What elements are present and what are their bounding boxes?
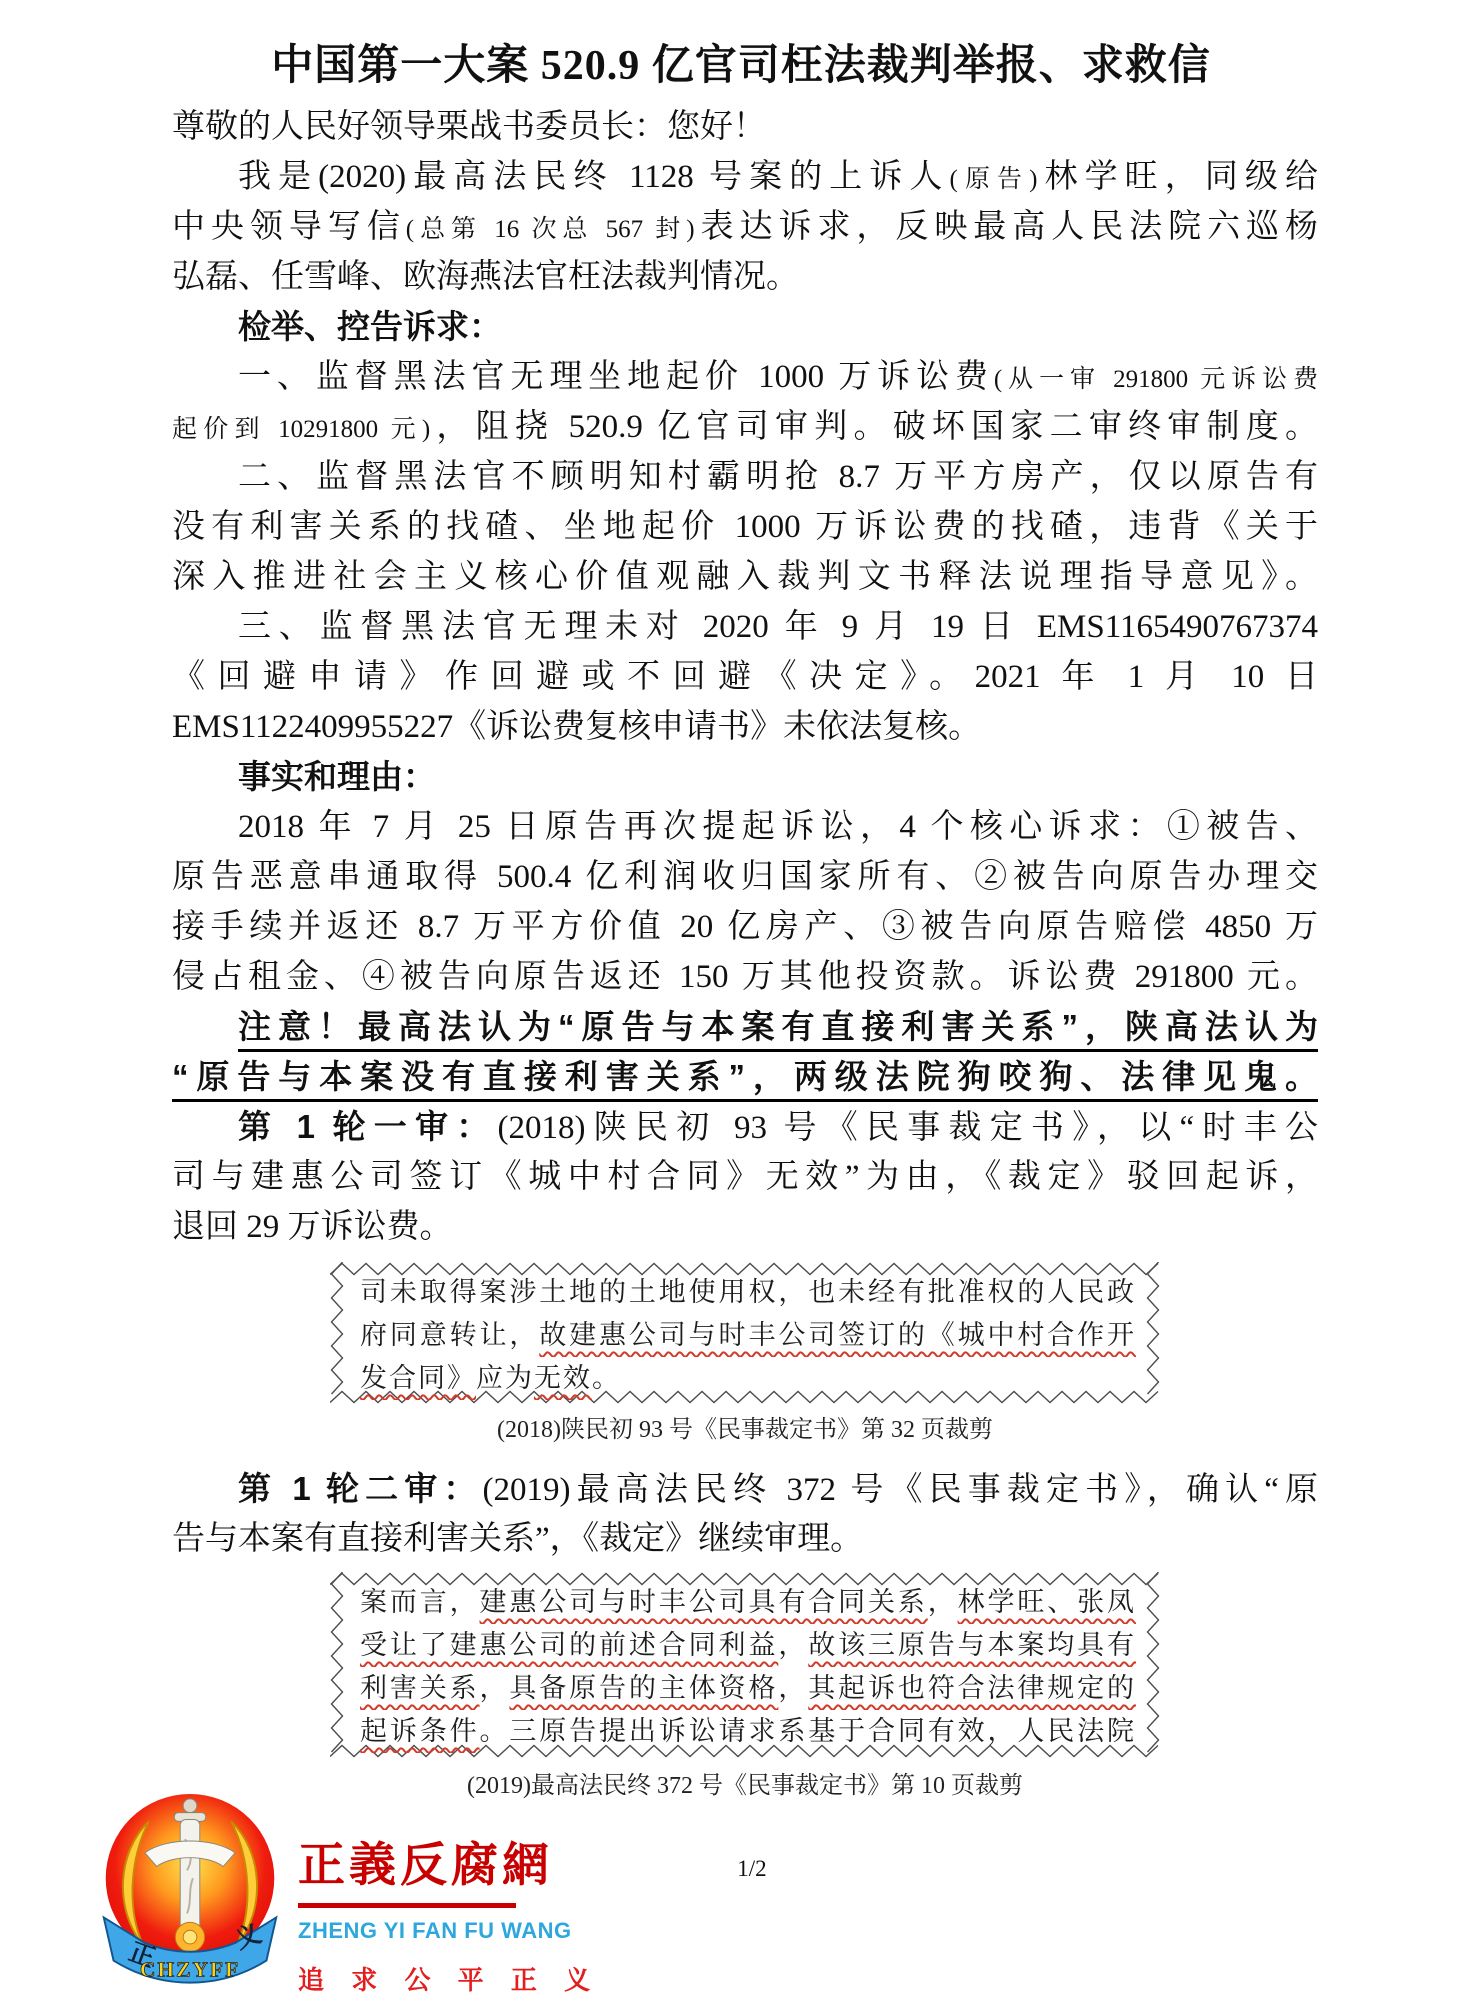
text-run: 三、监督黑法官无理未对 2020 年 9 月 19 日 EMS116549076… (238, 609, 1318, 645)
brand-slogan: 追 求 公 平 正 义 (298, 1960, 600, 1997)
wavy-run: 发合同》 (360, 1363, 476, 1393)
text-run: ， (778, 1673, 808, 1703)
judgment-excerpt-1: 司未取得案涉土地的土地使用权，也未经有批准权的人民政 府同意转让，故建惠公司与时… (330, 1262, 1160, 1404)
page-number: 1/2 (692, 1856, 812, 1882)
heading-run: 事实和理由： (238, 758, 436, 795)
excerpt-line: 发合同》应为无效。 (360, 1357, 1136, 1400)
body-line: 告与本案有直接利害关系”，《裁定》继续审理。 (172, 1514, 1318, 1564)
excerpt-line: 府同意转让，故建惠公司与时丰公司签订的《城中村合作开 (360, 1314, 1136, 1357)
excerpt-line: 司未取得案涉土地的土地使用权，也未经有批准权的人民政 (360, 1271, 1136, 1314)
excerpt-text: 案而言，建惠公司与时丰公司具有合同关系，林学旺、张凤英则 受让了建惠公司的前述合… (360, 1581, 1136, 1753)
text-run: 司与建惠公司签订《城中村合同》无效”为由，《裁定》驳回起诉， (172, 1159, 1318, 1195)
round-label: 第 1 轮一审： (238, 1108, 497, 1145)
text-run: 退回 29 万诉讼费。 (172, 1209, 453, 1245)
notice-line: 注意！最高法认为“原告与本案有直接利害关系”，陕高法认为 (172, 1002, 1318, 1052)
text-run: 应为 (476, 1363, 534, 1393)
text-run: 《回避申请》作回避或不回避《决定》。2021 年 1 月 10 日 (172, 659, 1318, 695)
flower-center (183, 1930, 197, 1944)
text-run: 林学旺，同级给 (1037, 159, 1318, 195)
body-line: 二、监督黑法官不顾明知村霸明抢 8.7 万平方房产，仅以原告有 (172, 452, 1318, 502)
brand-divider (298, 1903, 516, 1908)
text-run: 尊敬的人民好领导栗战书委员长：您好！ (172, 109, 766, 145)
body-line: 原告恶意串通取得 500.4 亿利润收归国家所有、②被告向原告办理交 (172, 852, 1318, 902)
text-run: 府同意转让， (360, 1320, 539, 1350)
body-line: 我是(2020)最高法民终 1128 号案的上诉人(原告)林学旺，同级给 (172, 152, 1318, 202)
body-line: 一、监督黑法官无理坐地起价 1000 万诉讼费(从一审 291800 元诉讼费 (172, 352, 1318, 402)
zigzag-border-right (1146, 1572, 1160, 1758)
text-run: EMS1122409955227《诉讼费复核申请书》未依法复核。 (172, 709, 981, 745)
excerpt-line: 利害关系，具备原告的主体资格，其起诉也符合法律规定的其他 (360, 1667, 1136, 1710)
text-run: 案而言， (360, 1587, 480, 1617)
round-label: 第 1 轮二审： (238, 1470, 483, 1507)
wavy-run: 无效 (534, 1363, 592, 1393)
body-line: 深入推进社会主义核心价值观融入裁判文书释法说理指导意见》。 (172, 552, 1318, 602)
text-run: 中央领导写信 (172, 209, 406, 245)
text-run: 告与本案有直接利害关系”，《裁定》继续审理。 (172, 1521, 863, 1557)
body-line: 第 1 轮一审：(2018)陕民初 93 号《民事裁定书》，以“时丰公 (172, 1102, 1318, 1152)
text-run: ， (928, 1587, 958, 1617)
zigzag-border-left (330, 1262, 344, 1404)
salutation-line: 尊敬的人民好领导栗战书委员长：您好！ (172, 102, 1318, 152)
excerpt-caption-2: (2019)最高法民终 372 号《民事裁定书》第 10 页裁剪 (330, 1768, 1160, 1804)
section-heading: 事实和理由： (172, 752, 1318, 802)
excerpt-caption-1: (2018)陕民初 93 号《民事裁定书》第 32 页裁剪 (330, 1412, 1160, 1448)
text-run: ， (480, 1673, 510, 1703)
text-run: 二、监督黑法官不顾明知村霸明抢 8.7 万平方房产，仅以原告有 (238, 459, 1318, 495)
text-run: ， (778, 1630, 808, 1660)
body-line: 起价到 10291800 元)，阻挠 520.9 亿官司审判。破坏国家二审终审制… (172, 402, 1318, 452)
judgment-excerpt-2: 案而言，建惠公司与时丰公司具有合同关系，林学旺、张凤英则 受让了建惠公司的前述合… (330, 1572, 1160, 1758)
wavy-run: 利害关系 (360, 1673, 480, 1703)
text-run: 表达诉求，反映最高人民法院六巡杨 (695, 209, 1318, 245)
text-run: (2019)最高法民终 372 号《民事裁定书》，确认“原 (483, 1472, 1318, 1508)
small-note: 起价到 10291800 元) (172, 416, 430, 443)
text-run: 司未取得案涉土地的土地使用权，也未经有批准权的人民政 (360, 1277, 1136, 1307)
text-run: 侵占租金、④被告向原告返还 150 万其他投资款。诉讼费 291800 元。 (172, 959, 1318, 995)
letter-body: 尊敬的人民好领导栗战书委员长：您好！ 我是(2020)最高法民终 1128 号案… (172, 102, 1318, 1252)
body-line: 没有利害关系的找碴、坐地起价 1000 万诉讼费的找碴，违背《关于 (172, 502, 1318, 552)
text-run: 深入推进社会主义核心价值观融入裁判文书释法说理指导意见》。 (172, 559, 1318, 595)
body-line: 司与建惠公司签订《城中村合同》无效”为由，《裁定》驳回起诉， (172, 1152, 1318, 1202)
body-line: 弘磊、任雪峰、欧海燕法官枉法裁判情况。 (172, 252, 1318, 302)
site-logo-emblem: 正 义 CHZYFF (92, 1788, 288, 1994)
banner-code: CHZYFF (140, 1957, 240, 1981)
excerpt-text: 司未取得案涉土地的土地使用权，也未经有批准权的人民政 府同意转让，故建惠公司与时… (360, 1271, 1136, 1400)
small-note: (从一审 291800 元诉讼费 (994, 366, 1318, 393)
small-note: (总第 16 次总 567 封) (406, 216, 695, 243)
text-run: 原告恶意串通取得 500.4 亿利润收归国家所有、②被告向原告办理交 (172, 859, 1318, 895)
wavy-run: 起诉条件 (360, 1716, 480, 1746)
body-line: 退回 29 万诉讼费。 (172, 1202, 1318, 1252)
wavy-run: 建惠公司与时丰公司具有合同关系 (480, 1587, 928, 1617)
text-run: 弘磊、任雪峰、欧海燕法官枉法裁判情况。 (172, 259, 799, 295)
heading-run: 检举、控告诉求： (238, 308, 502, 345)
body-line: 《回避申请》作回避或不回避《决定》。2021 年 1 月 10 日 (172, 652, 1318, 702)
section-heading: 检举、控告诉求： (172, 302, 1318, 352)
text-run: ，阻挠 520.9 亿官司审判。破坏国家二审终审制度。 (430, 409, 1318, 445)
brand-latin-name: ZHENG YI FAN FU WANG (298, 1918, 572, 1944)
notice-run: “原告与本案没有直接利害关系”，两级法院狗咬狗、法律见鬼。 (172, 1058, 1318, 1102)
body-line: 第 1 轮二审：(2019)最高法民终 372 号《民事裁定书》，确认“原 (172, 1464, 1318, 1514)
document-title: 中国第一大案 520.9 亿官司枉法裁判举报、求救信 (0, 32, 1482, 92)
zigzag-border-left (330, 1572, 344, 1758)
small-note: (原告) (950, 166, 1038, 193)
wavy-run: 具备原告的主体资格 (509, 1673, 778, 1703)
body-line: 三、监督黑法官无理未对 2020 年 9 月 19 日 EMS116549076… (172, 602, 1318, 652)
wavy-run: 受让了建惠公司的前述合同利益 (360, 1630, 778, 1660)
body-line: 接手续并返还 8.7 万平方价值 20 亿房产、③被告向原告赔偿 4850 万 (172, 902, 1318, 952)
text-run: 接手续并返还 8.7 万平方价值 20 亿房产、③被告向原告赔偿 4850 万 (172, 909, 1318, 945)
excerpt-line: 案而言，建惠公司与时丰公司具有合同关系，林学旺、张凤英则 (360, 1581, 1136, 1624)
text-run: 2018 年 7 月 25 日原告再次提起诉讼，4 个核心诉求：①被告、 (238, 809, 1318, 845)
brand-name: 正義反腐網 (298, 1834, 553, 1898)
body-line: 侵占租金、④被告向原告返还 150 万其他投资款。诉讼费 291800 元。 (172, 952, 1318, 1002)
letter-body-continued: 第 1 轮二审：(2019)最高法民终 372 号《民事裁定书》，确认“原 告与… (172, 1464, 1318, 1564)
body-line: 中央领导写信(总第 16 次总 567 封)表达诉求，反映最高人民法院六巡杨 (172, 202, 1318, 252)
huabiao-column-icon (180, 1819, 200, 1935)
notice-line: “原告与本案没有直接利害关系”，两级法院狗咬狗、法律见鬼。 (172, 1052, 1318, 1102)
excerpt-line: 起诉条件。三原告提出诉讼请求系基于合同有效，人民法院有权 (360, 1710, 1136, 1753)
body-line: EMS1122409955227《诉讼费复核申请书》未依法复核。 (172, 702, 1318, 752)
text-run: 。 (592, 1363, 621, 1393)
notice-run: 注意！最高法认为“原告与本案有直接利害关系”，陕高法认为 (238, 1008, 1318, 1052)
column-finial (183, 1799, 197, 1813)
text-run: 没有利害关系的找碴、坐地起价 1000 万诉讼费的找碴，违背《关于 (172, 509, 1318, 545)
letter-page: 中国第一大案 520.9 亿官司枉法裁判举报、求救信 尊敬的人民好领导栗战书委员… (0, 0, 1482, 2004)
excerpt-line: 受让了建惠公司的前述合同利益，故该三原告与本案均具有直接 (360, 1624, 1136, 1667)
text-run: (2018)陕民初 93 号《民事裁定书》，以“时丰公 (497, 1110, 1318, 1146)
text-run: 我是(2020)最高法民终 1128 号案的上诉人 (238, 159, 950, 195)
body-line: 2018 年 7 月 25 日原告再次提起诉讼，4 个核心诉求：①被告、 (172, 802, 1318, 852)
zigzag-border-right (1146, 1262, 1160, 1404)
wavy-run: 故建惠公司与时丰公司签订的《城中村合作开 (539, 1320, 1136, 1350)
text-run: 一、监督黑法官无理坐地起价 1000 万诉讼费 (238, 359, 994, 395)
